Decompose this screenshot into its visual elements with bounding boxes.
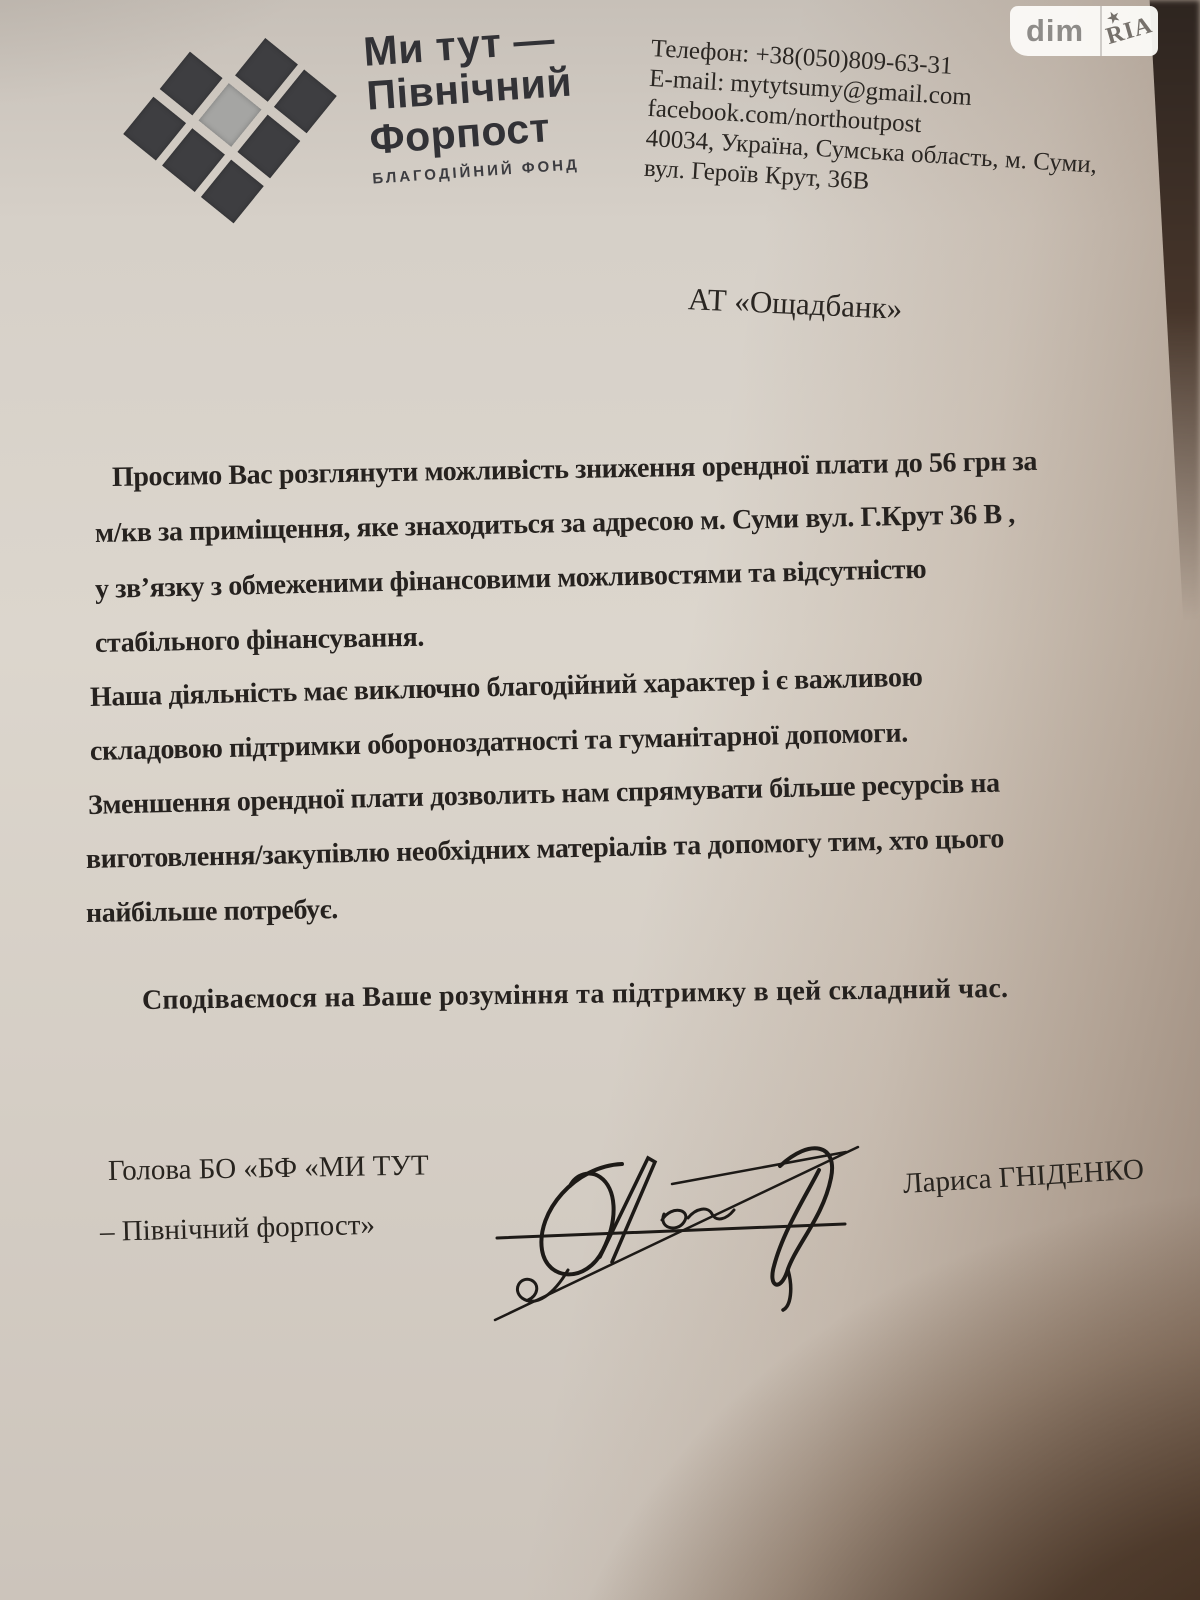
table-backdrop-edge (1144, 0, 1200, 620)
closing-line: Сподіваємося на Ваше розуміння та підтри… (142, 973, 1009, 1017)
body-line: м/кв за приміщення, яке знаходиться за а… (95, 499, 1016, 550)
watermark-dim-label: dim (1010, 6, 1100, 56)
body-line: Наша діяльність має виключно благодійний… (90, 662, 923, 714)
watermark-ria-label: ★RIA (1104, 12, 1157, 51)
ngo-logo-mark (123, 7, 337, 224)
body-line: стабільного фінансування. (95, 622, 425, 660)
watermark-ria-logo: ★RIA (1102, 6, 1158, 56)
recipient-line: АТ «Ощадбанк» (687, 281, 903, 327)
body-line: складовою підтримки обороноздатності та … (90, 717, 908, 768)
signer-role-line-2: – Північний форпост» (100, 1209, 376, 1249)
watermark-badge: dim ★RIA (1010, 6, 1158, 56)
logo-wordmark: Ми тут — Північний Форпост БЛАГОДІЙНИЙ Ф… (362, 16, 580, 188)
body-line: Просимо Вас розглянути можливість знижен… (112, 446, 1038, 494)
signature-stroke (450, 1100, 930, 1360)
contact-block: Телефон: +38(050)809-63-31 E-mail: mytyt… (643, 34, 1103, 211)
letter-photo: Ми тут — Північний Форпост БЛАГОДІЙНИЙ Ф… (0, 0, 1200, 1600)
body-line: найбільше потребує. (86, 894, 338, 930)
body-line: виготовлення/закупівлю необхідних матері… (86, 823, 1005, 876)
body-line: Зменшення орендної плати дозволить нам с… (88, 768, 1000, 822)
body-line: у зв’язку з обмеженими фінансовими можли… (95, 554, 927, 606)
signer-role-line-1: Голова БО «БФ «МИ ТУТ (108, 1149, 429, 1188)
logo-subtitle: БЛАГОДІЙНИЙ ФОНД (372, 156, 580, 187)
signer-name: Лариса ГНІДЕНКО (902, 1153, 1145, 1201)
